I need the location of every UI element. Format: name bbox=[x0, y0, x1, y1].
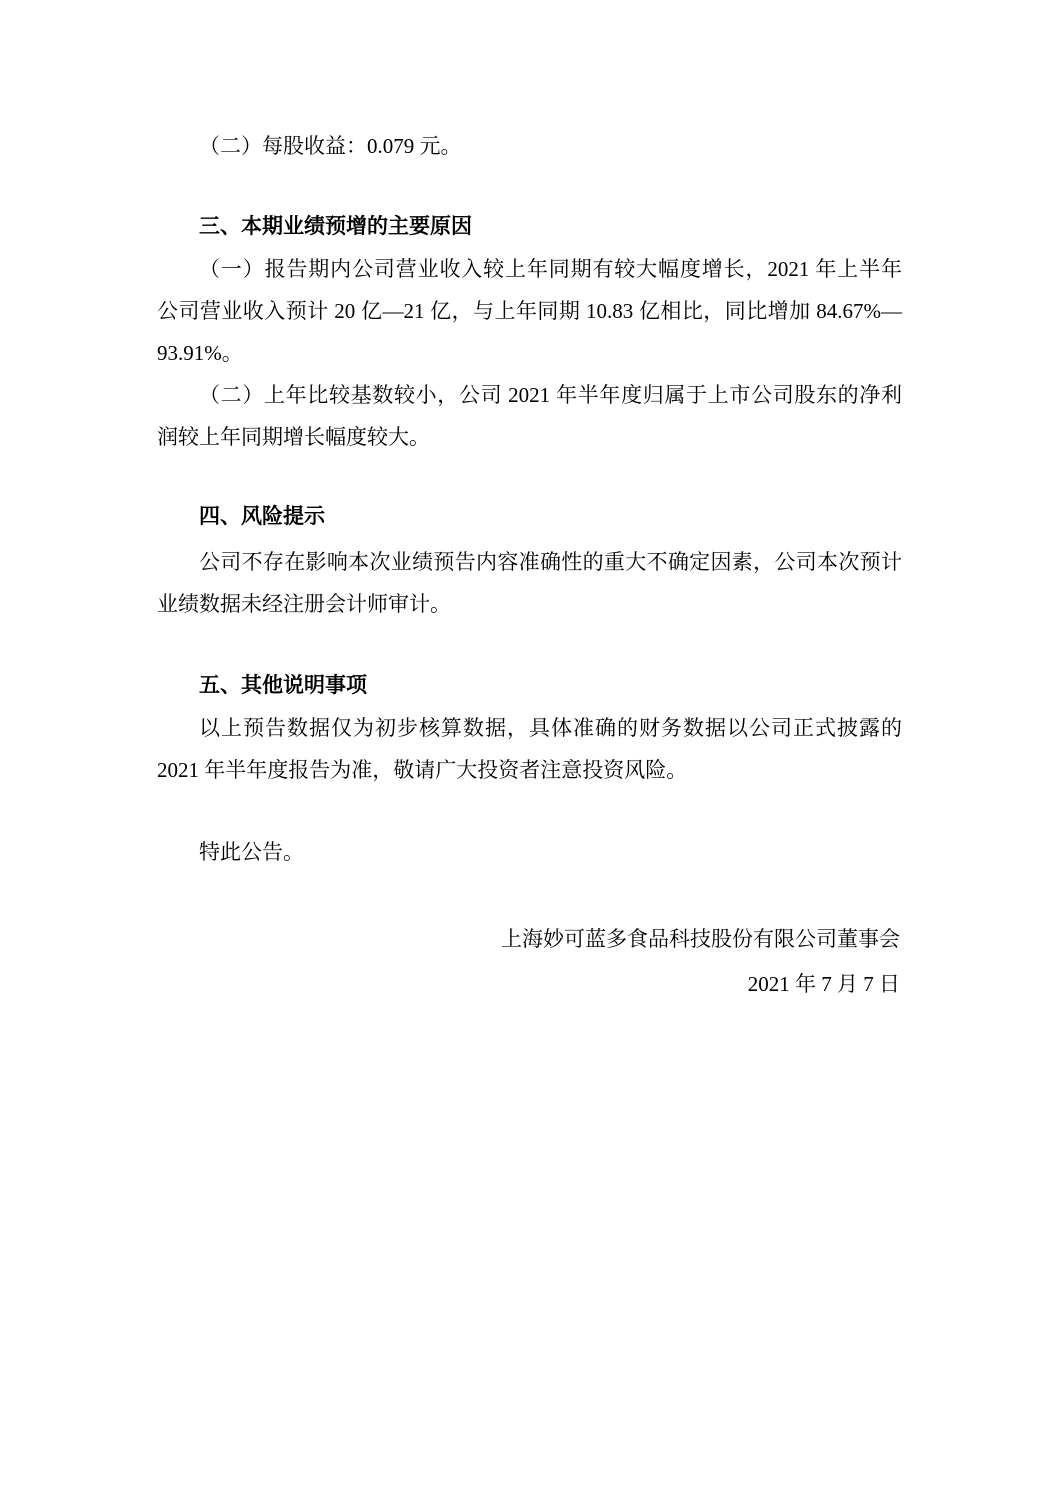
revenue-paragraph-line-3: 93.91%。 bbox=[157, 341, 902, 365]
date-line: 2021 年 7 月 7 日 bbox=[748, 972, 900, 996]
base-paragraph-line-1: （二）上年比较基数较小，公司 2021 年半年度归属于上市公司股东的净利 bbox=[157, 383, 902, 407]
base-paragraph-line-2: 润较上年同期增长幅度较大。 bbox=[157, 425, 902, 449]
revenue-paragraph-line-1: （一）报告期内公司营业收入较上年同期有较大幅度增长，2021 年上半年 bbox=[157, 257, 902, 281]
announcement-document-page: （二）每股收益：0.079 元。 三、本期业绩预增的主要原因 （一）报告期内公司… bbox=[0, 0, 1051, 1487]
section-5-heading: 五、其他说明事项 bbox=[157, 674, 902, 698]
risk-paragraph-line-2: 业绩数据未经注册会计师审计。 bbox=[157, 592, 902, 616]
section-4-heading: 四、风险提示 bbox=[157, 505, 902, 529]
closing-line: 特此公告。 bbox=[157, 840, 902, 864]
other-paragraph-line-2: 2021 年半年度报告为准，敬请广大投资者注意投资风险。 bbox=[157, 758, 902, 782]
other-paragraph-line-1: 以上预告数据仅为初步核算数据，具体准确的财务数据以公司正式披露的 bbox=[157, 716, 902, 740]
eps-line: （二）每股收益：0.079 元。 bbox=[157, 134, 902, 158]
signature-line: 上海妙可蓝多食品科技股份有限公司董事会 bbox=[501, 927, 900, 951]
revenue-paragraph-line-2: 公司营业收入预计 20 亿—21 亿，与上年同期 10.83 亿相比，同比增加 … bbox=[157, 299, 902, 323]
risk-paragraph-line-1: 公司不存在影响本次业绩预告内容准确性的重大不确定因素，公司本次预计 bbox=[157, 550, 902, 574]
section-3-heading: 三、本期业绩预增的主要原因 bbox=[157, 215, 902, 239]
